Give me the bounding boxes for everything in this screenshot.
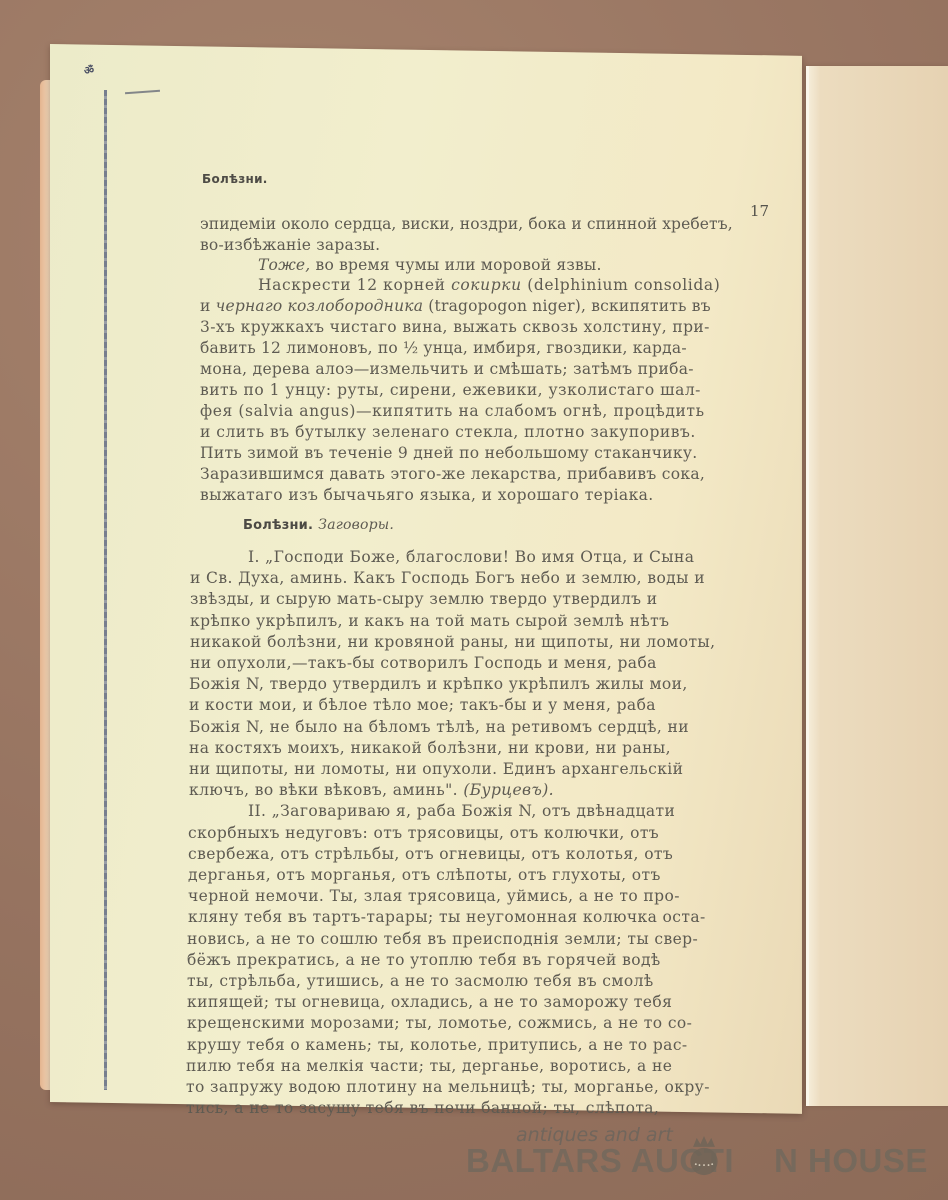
text-line: вить по 1 унцу: руты, сирени, ежевики, у… <box>200 381 701 399</box>
text-line: и слить въ бутылку зеленаго стекла, плот… <box>200 423 696 441</box>
text-line: крушу тебя о камень; ты, колотье, притуп… <box>187 1036 688 1054</box>
text-line: ты, стрѣльба, утишись, а не то засмолю т… <box>187 972 654 990</box>
section-heading-bold: Болѣзни. <box>243 518 313 533</box>
text-line: пилю тебя на мелкiя части; ты, дерганье,… <box>186 1057 672 1075</box>
text-line: Пить зимой въ теченiе 9 дней по небольшо… <box>200 444 698 462</box>
text-line: фея (salvia angus)—кипятить на слабомъ о… <box>200 402 705 420</box>
section-heading: Болѣзни. Заговоры. <box>243 515 394 535</box>
text-line: то запружу водою плотину на мельницѣ; ты… <box>186 1078 710 1096</box>
text-line: тись, а не то засушу тебя въ печи банной… <box>186 1099 659 1117</box>
text-line: I. „Господи Боже, благослови! Во имя Отц… <box>248 548 694 566</box>
text-line: бавить 12 лимоновъ, по ½ унца, имбиря, г… <box>200 339 687 357</box>
text-line: кипящей; ты огневица, охладись, а не то … <box>187 993 672 1011</box>
watermark: antiques and art BALTARS AUCTIN HOUSE <box>466 1120 886 1180</box>
text-line: II. „Заговариваю я, раба Божiя N, отъ дв… <box>248 802 675 820</box>
text-line: 3-хъ кружкахъ чистаго вина, выжать сквоз… <box>200 318 710 336</box>
text-line: Тоже, во время чумы или моровой язвы. <box>258 256 602 274</box>
text-line: свербежа, отъ стрѣльбы, отъ огневицы, от… <box>188 845 673 863</box>
text-line: ни опухоли,—такъ-бы сотворилъ Господь и … <box>190 654 657 672</box>
text-line: новись, а не то сошлю тебя въ преисподнi… <box>187 930 698 948</box>
text-line: Божiя N, не было на бѣломъ тѣлѣ, на рети… <box>189 718 689 736</box>
text-line: и кости мои, и бѣлое тѣло мое; такъ-бы и… <box>189 696 656 714</box>
text-line: крѣпко укрѣпилъ, и какъ на той мать сыро… <box>190 612 669 630</box>
text-line: бёжъ прекратись, а не то утоплю тебя въ … <box>187 951 661 969</box>
text-line: и Св. Духа, аминь. Какъ Господь Богъ неб… <box>190 569 705 587</box>
text-line: кляну тебя въ тартъ-тарары; ты неугомонн… <box>188 908 706 926</box>
text-line: Наскрести 12 корней сокирки (delphinium … <box>258 276 720 294</box>
text-line: и чернаго козлобородника (tragopogon nig… <box>200 297 711 315</box>
text-line: на костяхъ моихъ, никакой болѣзни, ни кр… <box>189 739 671 757</box>
page-number: 17 <box>750 202 769 220</box>
text-line: выжатаго изъ бычачьяго языка, и хорошаго… <box>200 486 654 504</box>
text-line: ключъ, во вѣки вѣковъ, аминь". (Бурцевъ)… <box>189 781 554 799</box>
text-line: скорбныхъ недуговъ: отъ трясовицы, отъ к… <box>188 824 659 842</box>
text-line: крещенскими морозами; ты, ломотье, сожми… <box>187 1014 692 1032</box>
text-line: никакой болѣзни, ни кровяной раны, ни щи… <box>190 633 715 651</box>
text-line: Божiя N, твердо утвердилъ и крѣпко укрѣп… <box>189 675 688 693</box>
text-line: дерганья, отъ морганья, отъ слѣпоты, отъ… <box>188 866 661 884</box>
text-line: ни щипоты, ни ломоты, ни опухоли. Единъ … <box>189 760 683 778</box>
page-text: Болѣзни. 17 эпидемiи около сердца, виски… <box>0 0 948 1200</box>
crown-globe-icon <box>684 1136 724 1176</box>
text-line: мона, дерева алоэ—измельчить и смѣшать; … <box>200 360 694 378</box>
text-line: звѣзды, и сырую мать-сыру землю твердо у… <box>190 590 658 608</box>
section-heading-italic: Заговоры. <box>318 517 394 533</box>
text-line: Заразившимся давать этого-же лекарства, … <box>200 465 705 483</box>
running-head: Болѣзни. <box>202 172 268 186</box>
text-line: черной немочи. Ты, злая трясовица, уймис… <box>188 887 680 905</box>
text-line: во-избѣжанiе заразы. <box>200 236 380 254</box>
text-line: эпидемiи около сердца, виски, ноздри, бо… <box>200 215 733 233</box>
